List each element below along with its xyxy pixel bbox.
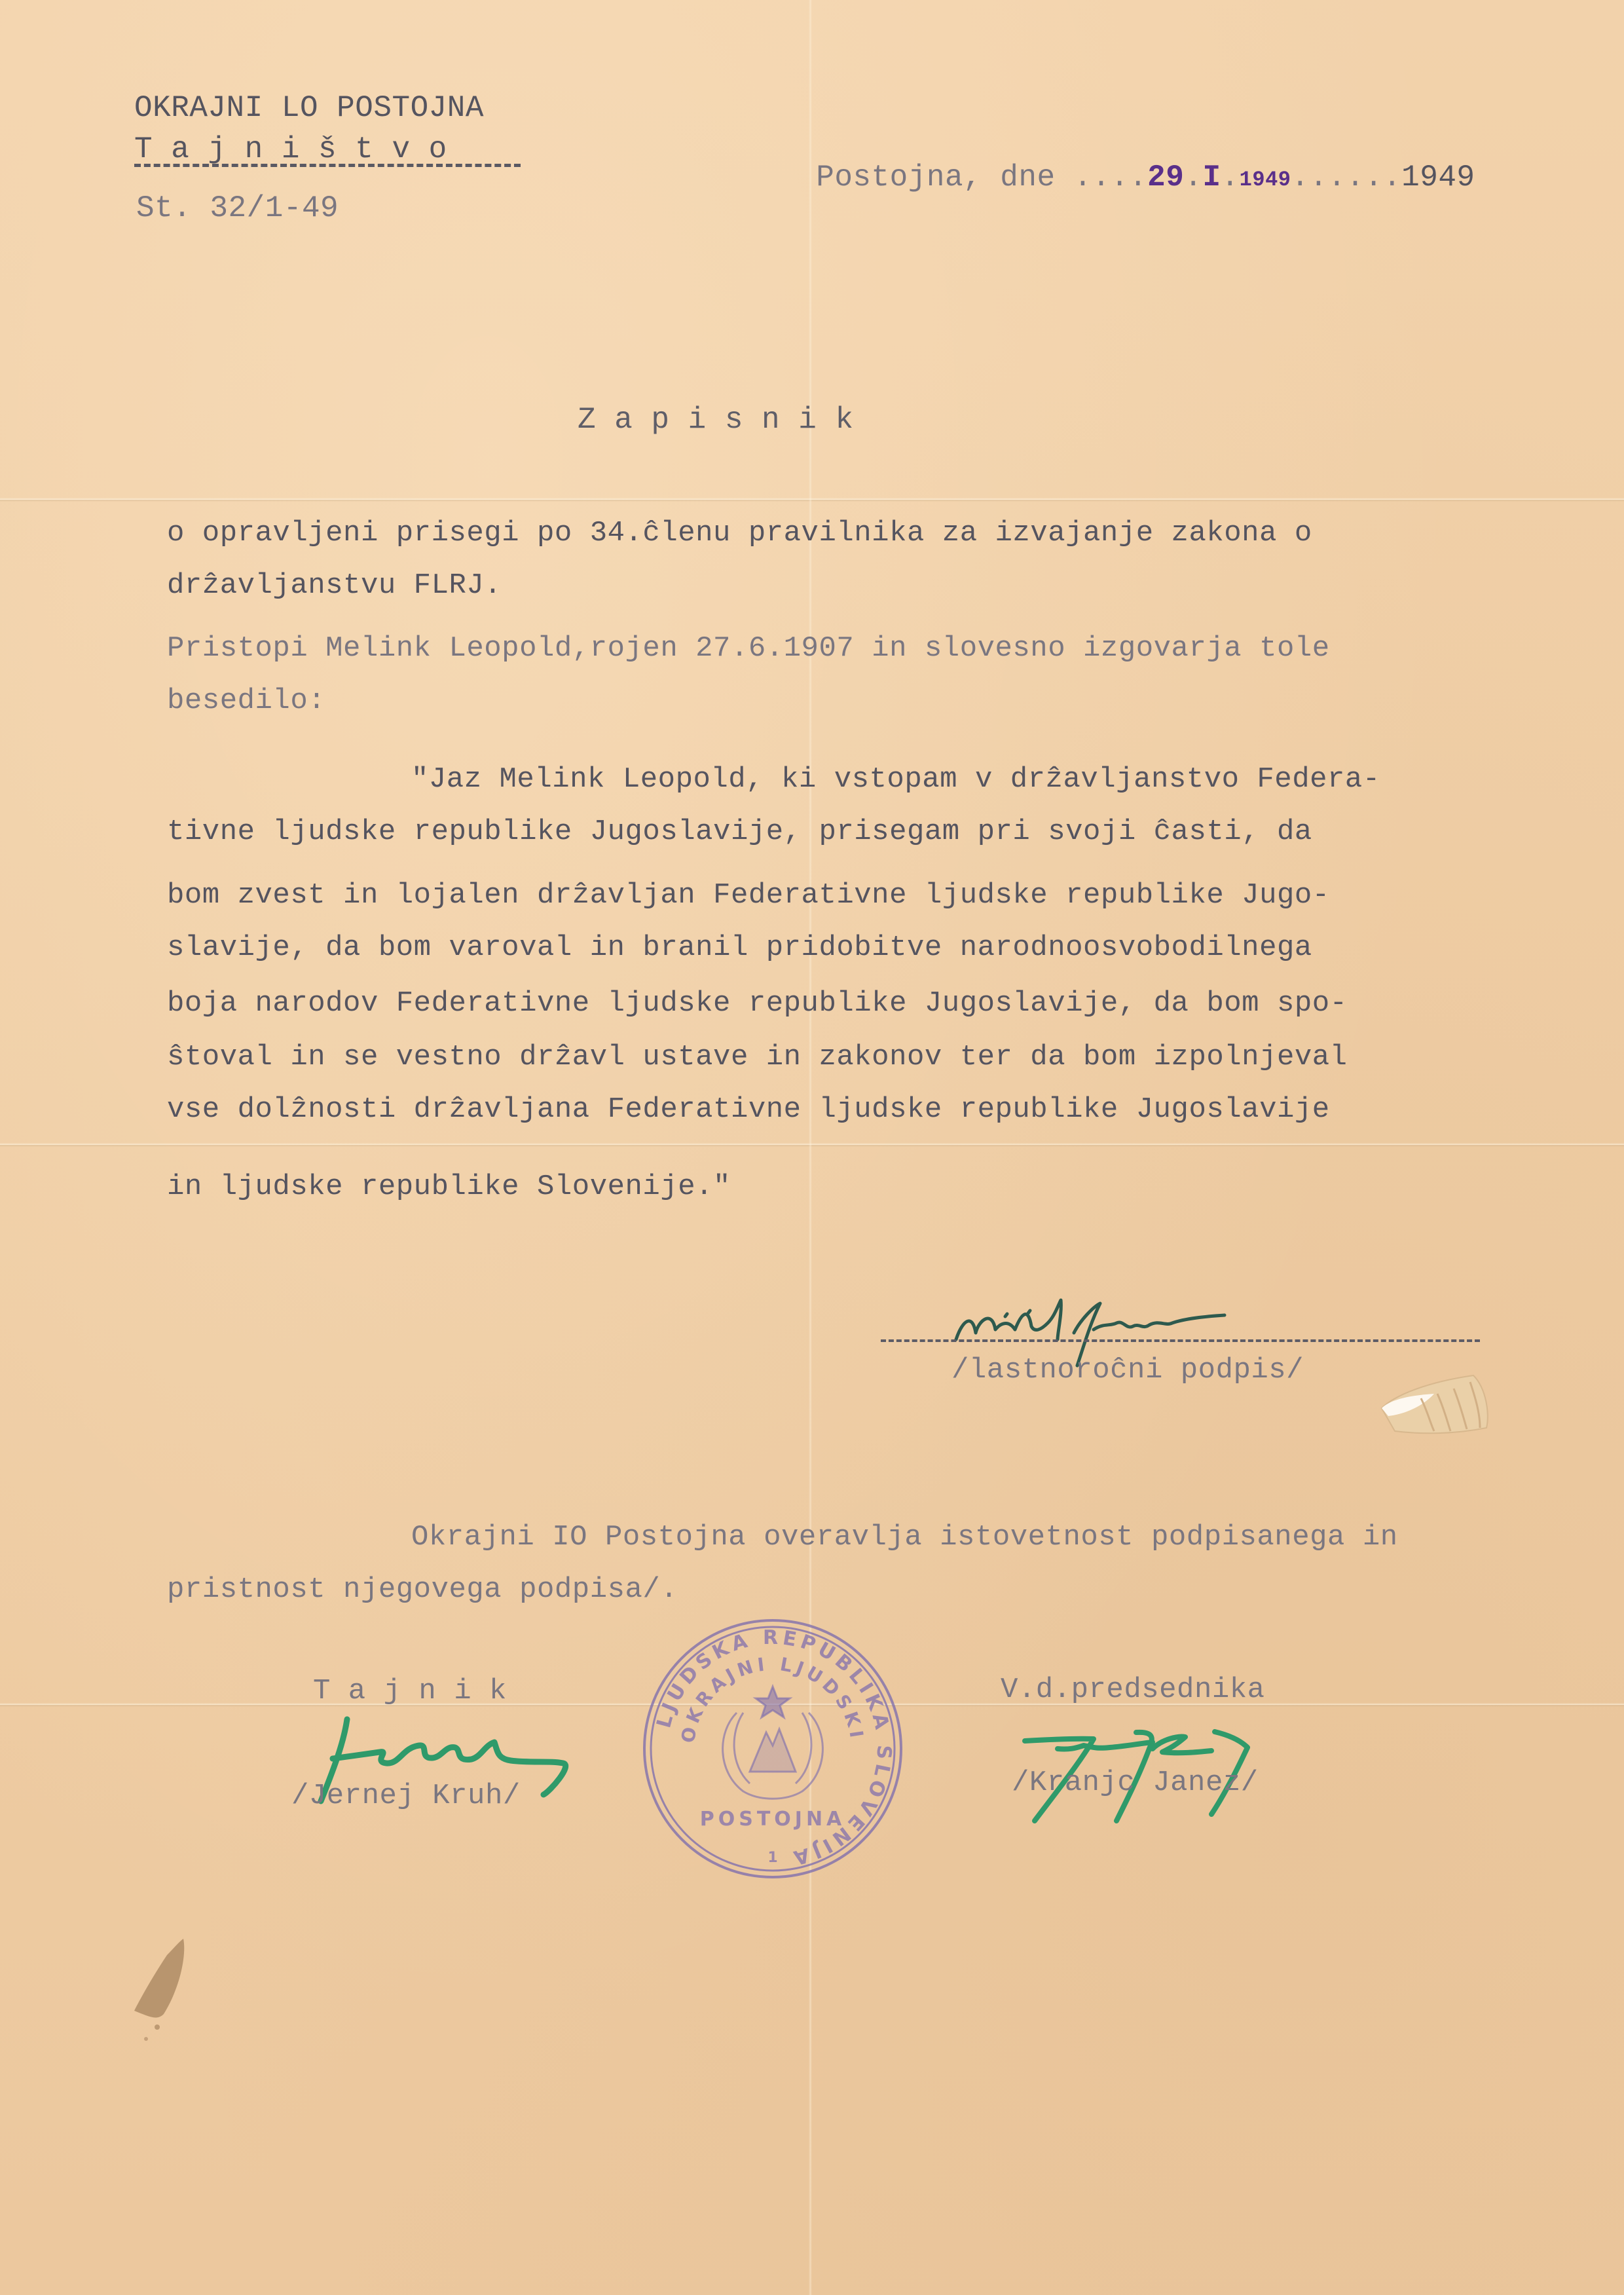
- department-underline: [134, 164, 521, 167]
- secretary-title: T a j n i k: [313, 1677, 507, 1706]
- date-stamped-year: 1949: [1240, 168, 1291, 192]
- oath-line: vse dolẑnosti drẑavljana Federativne lju…: [167, 1095, 1330, 1124]
- embossed-mark: [1375, 1369, 1506, 1441]
- date-dots: ......: [1291, 160, 1401, 195]
- certification-line: pristnost njegovega podpisa/.: [167, 1575, 678, 1604]
- body-line: Pristopi Melink Leopold,rojen 27.6.1907 …: [167, 634, 1330, 663]
- oath-line: tivne ljudske republike Jugoslavije, pri…: [167, 817, 1312, 846]
- date-line: Postojna, dne ....29.I.1949......1949: [779, 132, 1475, 193]
- reference-number: St. 32/1-49: [136, 193, 339, 223]
- secretary-name: /Jernej Kruh/: [291, 1782, 521, 1810]
- oath-line: bom zvest in lojalen drẑavljan Federativ…: [167, 881, 1330, 910]
- date-day: 29: [1147, 160, 1184, 195]
- president-name: /Kranjc Janez/: [1012, 1768, 1259, 1797]
- office-name: OKRAJNI LO POSTOJNA: [134, 93, 484, 123]
- coat-of-arms-icon: [723, 1687, 823, 1799]
- paper-fold-line: [0, 1143, 1624, 1147]
- date-sep: .: [1184, 160, 1202, 195]
- signature-caption: /lastnoroĉni podpis/: [951, 1356, 1304, 1385]
- oath-line: in ljudske republike Slovenije.": [167, 1172, 731, 1201]
- department-name: T a j n i š t v o: [134, 134, 447, 164]
- official-seal: LJUDSKA REPUBLIKA SLOVENIJA OKRAJNI LJUD…: [638, 1614, 907, 1883]
- date-sep: .: [1221, 160, 1240, 195]
- paper-fold-line: [809, 0, 812, 2295]
- oath-line: boja narodov Federativne ljudske republi…: [167, 989, 1348, 1018]
- date-month: I: [1202, 160, 1221, 195]
- date-typed-year: 1949: [1401, 160, 1475, 195]
- body-line: drẑavljanstvu FLRJ.: [167, 571, 502, 600]
- oath-line: slavije, da bom varoval in branil pridob…: [167, 933, 1312, 962]
- body-line: o opravljeni prisegi po 34.ĉlenu praviln…: [167, 519, 1312, 548]
- certification-line: Okrajni IO Postojna overavlja istovetnos…: [411, 1523, 1398, 1552]
- signature-line: [881, 1339, 1480, 1342]
- seal-place: POSTOJNA: [700, 1808, 846, 1831]
- date-prefix: Postojna, dne ....: [816, 160, 1147, 195]
- president-title: V.d.predsednika: [1001, 1675, 1265, 1704]
- document-title: Z a p i s n i k: [578, 405, 854, 435]
- seal-number: 1: [767, 1850, 777, 1866]
- body-line: besedilo:: [167, 686, 325, 715]
- paper-fold-line: [0, 498, 1624, 502]
- oath-line: "Jaz Melink Leopold, ki vstopam v drẑavl…: [411, 765, 1380, 794]
- ink-stain: [128, 1935, 200, 2066]
- oath-line: ŝtoval in se vestno drẑavl ustave in zak…: [167, 1043, 1348, 1072]
